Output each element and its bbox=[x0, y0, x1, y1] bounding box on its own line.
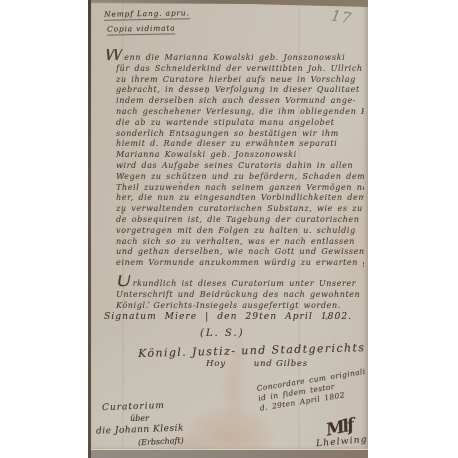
curatorium-label: Curatorium bbox=[102, 401, 165, 413]
notary-signature-name: Lhelwing bbox=[316, 435, 368, 449]
body-text-line: her, die nun zu eingesandten Vorbindlich… bbox=[116, 193, 364, 204]
body-text-line: vorgetragen mit den Folgen zu halten u. … bbox=[116, 226, 364, 237]
main-body-text: Wenn die Marianna Kowalski geb. Jonszono… bbox=[116, 49, 364, 269]
attestation-note: Concordare cum originaliid in fidem test… bbox=[256, 364, 368, 414]
page-number: 17 bbox=[330, 6, 354, 27]
body-text-line: indem derselben sich auch dessen Vormund… bbox=[116, 96, 364, 107]
paper-left-edge-shadow bbox=[88, 0, 91, 458]
curatorium-name: die Johann Klesik bbox=[96, 423, 184, 436]
body-text-line: hiemit d. Rande dieser zu erwähnten sepa… bbox=[116, 139, 364, 150]
body-text-line: sonderlich Entsagungen so bestätigen wir… bbox=[116, 129, 364, 140]
body-text-line: Wegen zu schützen und zu befördern, Scha… bbox=[116, 172, 364, 183]
closing-text-line: Unterschrift und Beidrückung des nach ge… bbox=[116, 290, 364, 301]
body-text-line: nach sich so zu verhalten, was er nach e… bbox=[116, 237, 364, 248]
signatum-date-line: Signatum Miere | den 29ten April 1802. bbox=[104, 312, 352, 322]
header-annotation-copia-vidimata: Copia vidimata bbox=[107, 23, 176, 35]
body-text-line: nach geschehener Verlesung, die ihm obli… bbox=[116, 107, 364, 118]
body-text-line: Theil zuzuwenden nach seinem ganzen Verm… bbox=[116, 183, 364, 194]
body-text-line: zu verwaltenden curatorischen Substanz, … bbox=[116, 204, 364, 215]
closing-paragraph: Urkundlich ist dieses Curatorium unter U… bbox=[116, 275, 364, 311]
body-text-line: Marianna Kowalski geb. Jonszonowski bbox=[116, 150, 364, 161]
closing-text-line: Königl. Gerichts-Insiegels ausgefertigt … bbox=[116, 301, 364, 312]
body-text-line: de obsequiren ist, die Tagebung der cura… bbox=[116, 215, 364, 226]
body-text-line: zu ihrem Curatore hierbei aufs neue in V… bbox=[116, 75, 364, 86]
body-text-line: und gethan derselben, wie nach Gott und … bbox=[116, 247, 364, 258]
curatorium-ueber: über bbox=[130, 414, 149, 423]
manuscript-paper: Nempf Lang. apru. Copia vidimata 17 Wenn… bbox=[88, 0, 368, 450]
seal-mark-ls: (L. S.) bbox=[200, 328, 244, 339]
curatorium-parenthetical: (Erbschaft) bbox=[138, 436, 184, 447]
body-text-line: Wenn die Marianna Kowalski geb. Jonszono… bbox=[104, 49, 364, 64]
body-text-line: für das Schneiderkind der verwittibten J… bbox=[116, 64, 364, 75]
screenshot-root: { "page": { "number": "17" }, "header": … bbox=[0, 0, 458, 458]
body-text-line: einem Vormunde anzukommen würdig zu erwa… bbox=[116, 258, 364, 269]
paper-top-edge-shadow bbox=[88, 0, 368, 7]
table-surface-strip bbox=[88, 449, 368, 458]
header-annotation-line1: Nempf Lang. apru. bbox=[104, 8, 190, 20]
body-text-line: wird das Aufgabe seines Curatoris dahin … bbox=[116, 161, 364, 172]
body-text-line: gebracht, in dessen Verfolgung in dieser… bbox=[116, 85, 364, 96]
body-text-line: die ab zu wartende stipulata manu angelo… bbox=[116, 118, 364, 129]
closing-text-line: Urkundlich ist dieses Curatorium unter U… bbox=[116, 275, 364, 290]
document-photo: Nempf Lang. apru. Copia vidimata 17 Wenn… bbox=[88, 0, 368, 458]
court-signature-line: Königl. Justiz- und Stadtgerichts bbox=[138, 341, 366, 360]
signature-names: Hoy und Gilbes bbox=[206, 359, 308, 369]
